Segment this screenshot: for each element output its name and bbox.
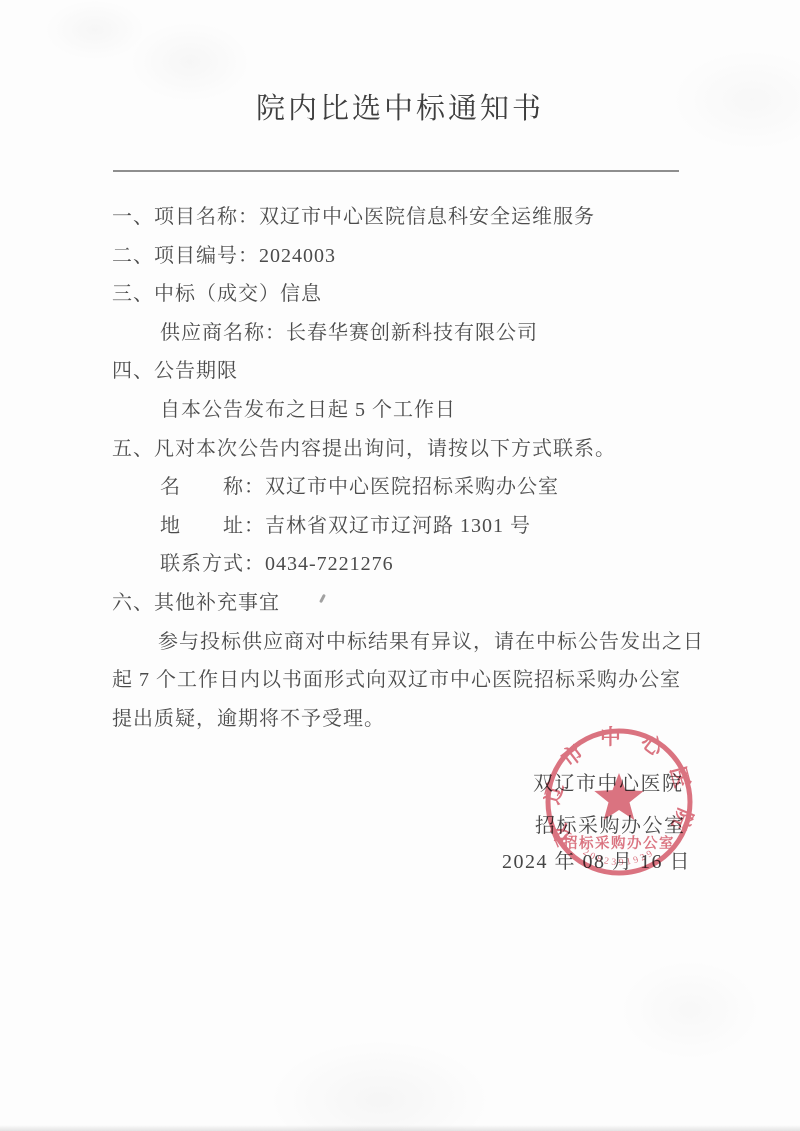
notice-body: 一、项目名称：双辽市中心医院信息科安全运维服务 二、项目编号：2024003 三…	[112, 198, 712, 738]
body-line-award-info: 三、中标（成交）信息	[112, 275, 712, 314]
signature-org-dept: 招标采购办公室	[535, 809, 686, 838]
title-divider	[113, 170, 679, 172]
body-line-objection-3: 提出质疑，逾期将不予受理。	[112, 700, 712, 739]
signature-org-name: 双辽市中心医院	[533, 767, 684, 796]
body-line-period-detail: 自本公告发布之日起 5 个工作日	[112, 391, 712, 430]
body-line-objection-2: 起 7 个工作日内以书面形式向双辽市中心医院招标采购办公室	[112, 661, 712, 700]
body-line-other-matters: 六、其他补充事宜	[112, 584, 712, 623]
scanned-notice-page: 院内比选中标通知书 一、项目名称：双辽市中心医院信息科安全运维服务 二、项目编号…	[0, 0, 800, 1131]
body-line-supplier-name: 供应商名称：长春华赛创新科技有限公司	[112, 314, 712, 353]
body-line-contact-name: 名 称：双辽市中心医院招标采购办公室	[112, 468, 712, 507]
body-line-objection-1: 参与投标供应商对中标结果有异议，请在中标公告发出之日	[112, 623, 712, 662]
signature-date: 2024 年 08 月 16 日	[502, 845, 691, 874]
body-line-project-name: 一、项目名称：双辽市中心医院信息科安全运维服务	[112, 198, 712, 237]
body-line-announcement-period: 四、公告期限	[112, 352, 712, 391]
body-line-contact-address: 地 址：吉林省双辽市辽河路 1301 号	[112, 507, 712, 546]
body-line-contact-intro: 五、凡对本次公告内容提出询问，请按以下方式联系。	[112, 430, 712, 469]
document-title: 院内比选中标通知书	[0, 86, 800, 127]
body-line-project-number: 二、项目编号：2024003	[112, 237, 712, 276]
body-line-contact-phone: 联系方式：0434-7221276	[112, 545, 712, 584]
